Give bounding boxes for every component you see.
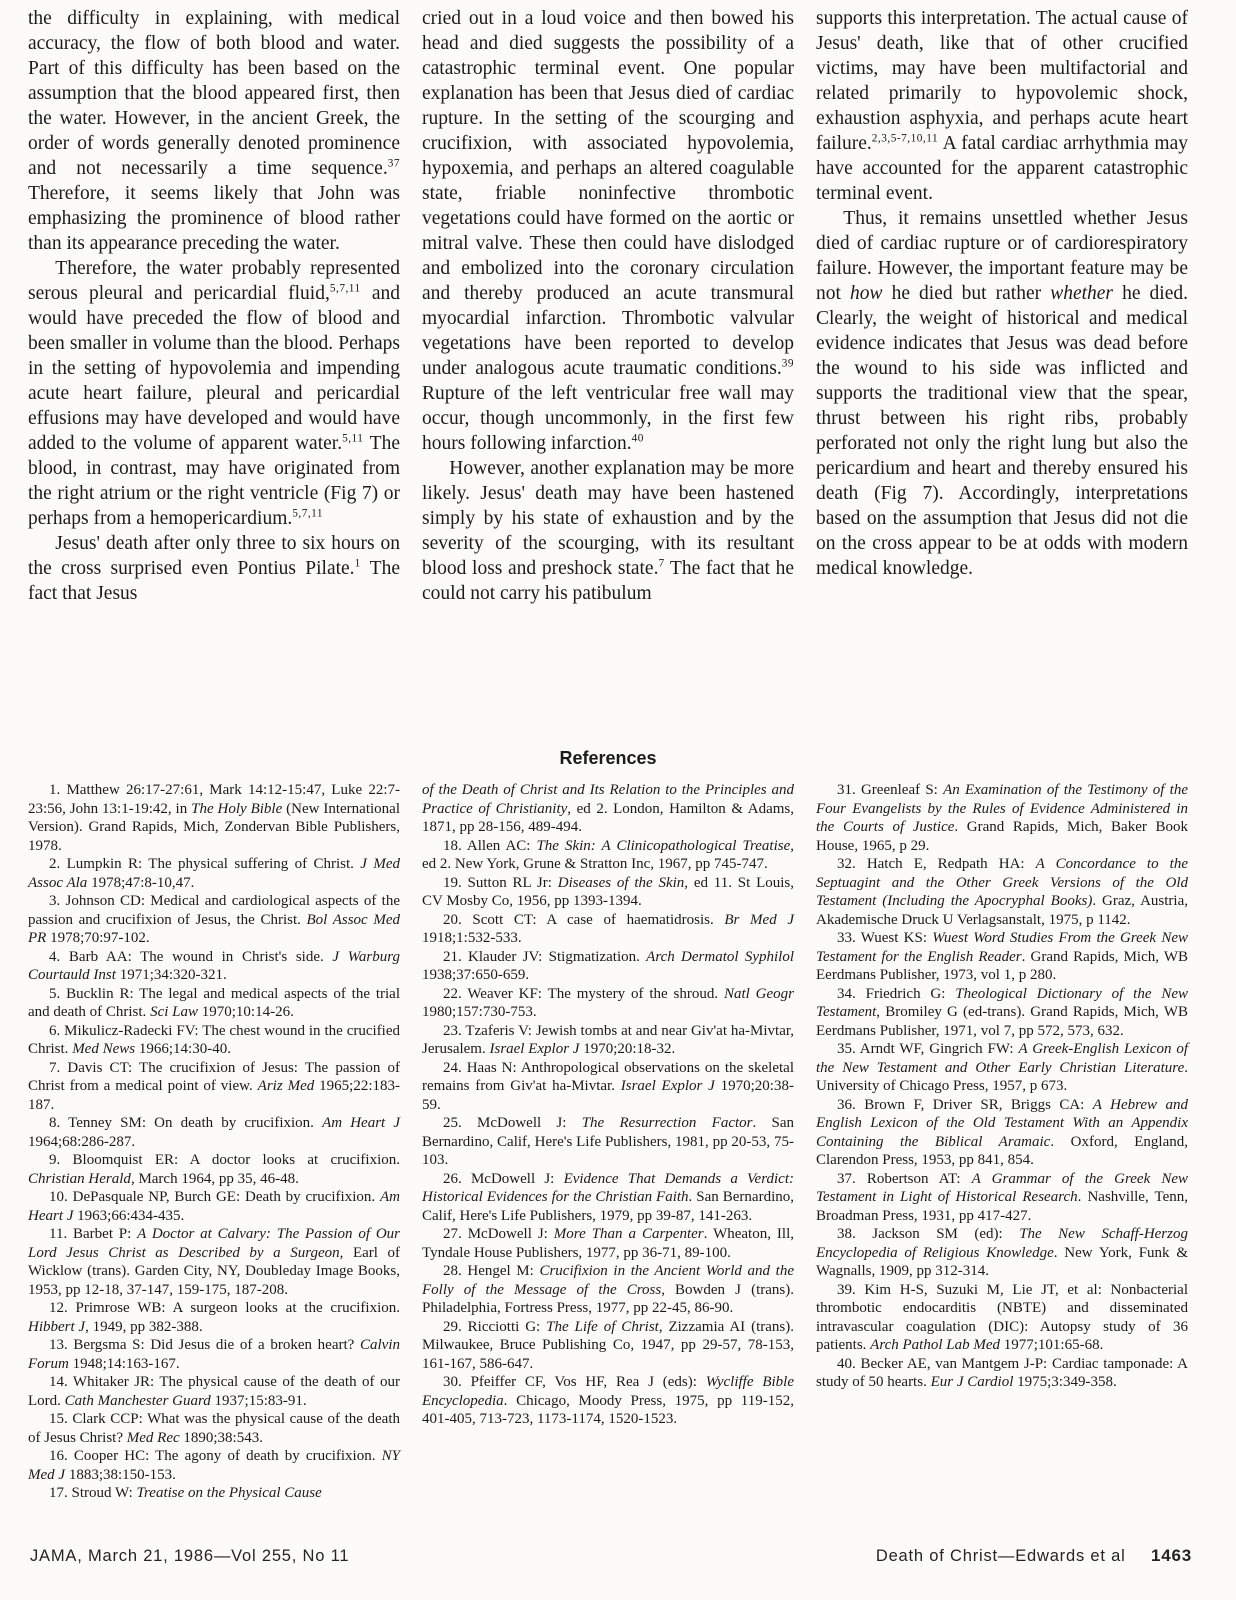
reference-item: 26. McDowell J: Evidence That Demands a … (422, 1170, 794, 1226)
body-paragraph: Thus, it remains unsettled whether Jesus… (816, 206, 1188, 581)
reference-item: 7. Davis CT: The crucifixion of Jesus: T… (28, 1059, 400, 1115)
reference-item: 1. Matthew 26:17-27:61, Mark 14:12-15:47… (28, 781, 400, 855)
reference-item: 21. Klauder JV: Stigmatization. Arch Der… (422, 948, 794, 985)
reference-item: 38. Jackson SM (ed): The New Schaff-Herz… (816, 1225, 1188, 1281)
body-paragraph: the difficulty in explaining, with medic… (28, 6, 400, 256)
body-paragraph: Jesus' death after only three to six hou… (28, 531, 400, 606)
reference-item: 22. Weaver KF: The mystery of the shroud… (422, 985, 794, 1022)
reference-item: 29. Ricciotti G: The Life of Christ, Ziz… (422, 1318, 794, 1374)
body-paragraph: cried out in a loud voice and then bowed… (422, 6, 794, 456)
reference-item: 9. Bloomquist ER: A doctor looks at cruc… (28, 1151, 400, 1188)
reference-item: 34. Friedrich G: Theological Dictionary … (816, 985, 1188, 1041)
reference-item: 23. Tzaferis V: Jewish tombs at and near… (422, 1022, 794, 1059)
body-paragraph: supports this interpretation. The actual… (816, 6, 1188, 206)
reference-item: 35. Arndt WF, Gingrich FW: A Greek-Engli… (816, 1040, 1188, 1096)
body-column-2: cried out in a loud voice and then bowed… (422, 6, 794, 734)
reference-item: 25. McDowell J: The Resurrection Factor.… (422, 1114, 794, 1170)
reference-column-1: 1. Matthew 26:17-27:61, Mark 14:12-15:47… (28, 781, 400, 1523)
page-footer: JAMA, March 21, 1986—Vol 255, No 11 Deat… (30, 1546, 1192, 1566)
references-heading: References (422, 748, 794, 769)
reference-item: 15. Clark CCP: What was the physical cau… (28, 1410, 400, 1447)
reference-item: of the Death of Christ and Its Relation … (422, 781, 794, 837)
reference-item: 13. Bergsma S: Did Jesus die of a broken… (28, 1336, 400, 1373)
reference-item: 39. Kim H-S, Suzuki M, Lie JT, et al: No… (816, 1281, 1188, 1355)
reference-item: 14. Whitaker JR: The physical cause of t… (28, 1373, 400, 1410)
reference-item: 24. Haas N: Anthropological observations… (422, 1059, 794, 1115)
reference-item: 28. Hengel M: Crucifixion in the Ancient… (422, 1262, 794, 1318)
reference-item: 36. Brown F, Driver SR, Briggs CA: A Heb… (816, 1096, 1188, 1170)
reference-item: 30. Pfeiffer CF, Vos HF, Rea J (eds): Wy… (422, 1373, 794, 1429)
reference-item: 31. Greenleaf S: An Examination of the T… (816, 781, 1188, 855)
reference-item: 17. Stroud W: Treatise on the Physical C… (28, 1484, 400, 1503)
footer-journal-line: JAMA, March 21, 1986—Vol 255, No 11 (30, 1547, 349, 1566)
reference-item: 3. Johnson CD: Medical and cardiological… (28, 892, 400, 948)
references-heading-row: References (0, 734, 1236, 781)
journal-page: the difficulty in explaining, with medic… (0, 0, 1236, 1600)
reference-item: 6. Mikulicz-Radecki FV: The chest wound … (28, 1022, 400, 1059)
footer-article-line: Death of Christ—Edwards et al (876, 1547, 1126, 1565)
reference-item: 40. Becker AE, van Mantgem J-P: Cardiac … (816, 1355, 1188, 1392)
reference-item: 32. Hatch E, Redpath HA: A Concordance t… (816, 855, 1188, 929)
reference-item: 4. Barb AA: The wound in Christ's side. … (28, 948, 400, 985)
reference-item: 12. Primrose WB: A surgeon looks at the … (28, 1299, 400, 1336)
reference-item: 11. Barbet P: A Doctor at Calvary: The P… (28, 1225, 400, 1299)
body-column-3: supports this interpretation. The actual… (816, 6, 1188, 734)
reference-item: 16. Cooper HC: The agony of death by cru… (28, 1447, 400, 1484)
body-paragraph: However, another explanation may be more… (422, 456, 794, 606)
footer-page-number: 1463 (1151, 1546, 1192, 1565)
reference-item: 37. Robertson AT: A Grammar of the Greek… (816, 1170, 1188, 1226)
reference-item: 19. Sutton RL Jr: Diseases of the Skin, … (422, 874, 794, 911)
article-body: the difficulty in explaining, with medic… (0, 0, 1236, 734)
reference-column-2: of the Death of Christ and Its Relation … (422, 781, 794, 1523)
reference-item: 5. Bucklin R: The legal and medical aspe… (28, 985, 400, 1022)
reference-item: 33. Wuest KS: Wuest Word Studies From th… (816, 929, 1188, 985)
reference-item: 2. Lumpkin R: The physical suffering of … (28, 855, 400, 892)
reference-item: 8. Tenney SM: On death by crucifixion. A… (28, 1114, 400, 1151)
reference-column-3: 31. Greenleaf S: An Examination of the T… (816, 781, 1188, 1523)
reference-item: 10. DePasquale NP, Burch GE: Death by cr… (28, 1188, 400, 1225)
references-section: 1. Matthew 26:17-27:61, Mark 14:12-15:47… (0, 781, 1236, 1523)
reference-item: 18. Allen AC: The Skin: A Clinicopatholo… (422, 837, 794, 874)
reference-item: 20. Scott CT: A case of haematidrosis. B… (422, 911, 794, 948)
footer-right: Death of Christ—Edwards et al 1463 (876, 1546, 1192, 1566)
reference-item: 27. McDowell J: More Than a Carpenter. W… (422, 1225, 794, 1262)
body-paragraph: Therefore, the water probably represente… (28, 256, 400, 531)
body-column-1: the difficulty in explaining, with medic… (28, 6, 400, 734)
